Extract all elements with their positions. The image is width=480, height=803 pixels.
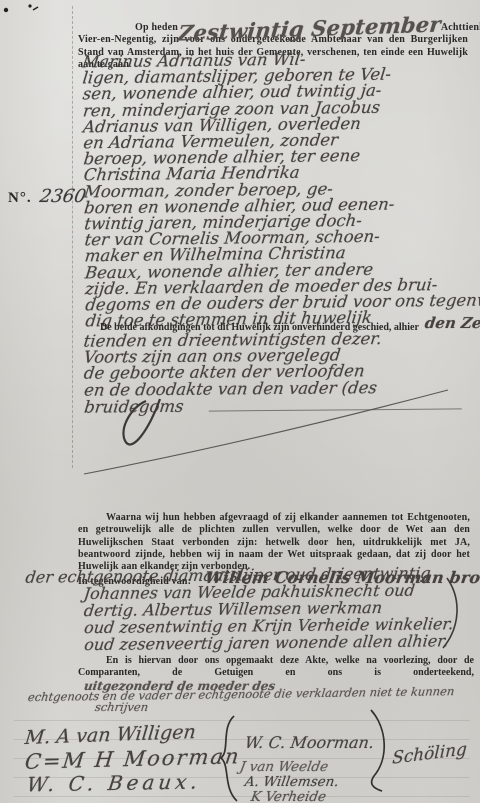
opening-date-row: Op heden Zestwintig September Achttienho… <box>78 20 468 34</box>
signature-bride-mother: W. C. Beaux. <box>26 769 203 796</box>
act-number-label: N°. <box>8 190 32 206</box>
ink-speck <box>28 4 31 7</box>
opening-suffix: Achttienhonderd <box>441 22 480 35</box>
ink-speck <box>33 7 38 10</box>
opening-prefix: Op heden <box>135 22 178 35</box>
signature-witness-willemsen: A. Willemsen. <box>244 774 340 790</box>
signature-witness-van-weelde: J van Weelde <box>239 759 330 775</box>
ink-speck <box>4 8 8 12</box>
witnesses-handwritten-block: der echtgenoote diamantslijper oud driee… <box>84 564 480 653</box>
closing-text: En is hiervan door ons opgemaakt deze Ak… <box>78 655 474 678</box>
banns-handwritten-block: tienden en drieentwintigsten dezer.Voort… <box>84 330 467 416</box>
scanned-marriage-certificate: N°. 2360 Op heden Zestwintig September A… <box>0 0 480 803</box>
act-number-value: 2360 <box>38 186 88 207</box>
handwritten-parties-block: Marinus Adrianus van Wil-ligen, diamants… <box>82 50 471 330</box>
signature-witness-verheide: K Verheide <box>250 789 328 803</box>
blank-fill-line <box>209 408 462 411</box>
banns-last-row: bruidegoms <box>83 395 467 416</box>
banns-lines: tienden en drieentwintigsten dezer.Voort… <box>84 330 467 398</box>
handwritten-line: oud zesenveertig jaren wonende allen alh… <box>83 632 480 653</box>
margin-rule-line <box>72 6 73 468</box>
signature-witness-moorman: W. C. Moorman. <box>244 733 376 752</box>
handwritten-date: Zestwintig September <box>177 17 441 40</box>
banns-handwritten-inline: den Zes- <box>424 314 480 332</box>
banns-last-word: bruidegoms <box>83 398 184 416</box>
